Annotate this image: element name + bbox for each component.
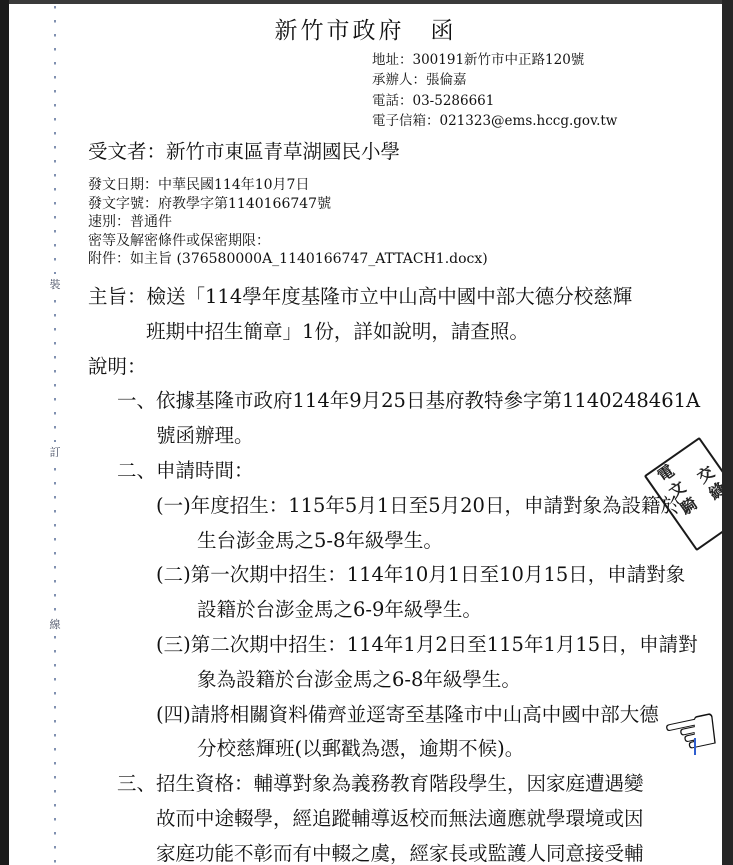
viewer-right-edge xyxy=(722,0,733,865)
document-body-line: 家庭功能不彰而有中輟之虞，經家長或監護人同意接受輔 xyxy=(0,837,733,865)
binding-mark-zhuang: 裝 xyxy=(48,274,62,294)
document-body-line: 故而中途輟學，經追蹤輔導返校而無法適應就學環境或因 xyxy=(0,802,733,837)
document-body-line: 三、招生資格：輔導對象為義務教育階段學生，因家庭遭遇變 xyxy=(0,767,733,802)
document-meta-line: 發文日期：中華民國114年10月7日 xyxy=(88,176,488,195)
document-body-line: (三)第二次期中招生：114年1月2日至115年1月15日，申請對 xyxy=(0,628,733,663)
binding-mark-xian: 線 xyxy=(48,614,62,634)
document-body-line: 說明： xyxy=(0,350,733,385)
binding-dotted-line xyxy=(54,6,56,865)
document-body-line: (二)第一次期中招生：114年10月1日至10月15日，申請對象 xyxy=(0,558,733,593)
sender-contact-block: 地址：300191新竹市中正路120號承辦人：張倫嘉電話：03-5286661電… xyxy=(372,50,617,132)
document-meta-block: 發文日期：中華民國114年10月7日發文字號：府教學字第1140166747號速… xyxy=(88,176,488,269)
document-body-line: 生台澎金馬之5-8年級學生。 xyxy=(0,524,733,559)
viewer-top-edge xyxy=(0,0,733,4)
document-body-line: 一、依據基隆市政府114年9月25日基府教特參字第1140248461A xyxy=(0,384,733,419)
document-meta-line: 密等及解密條件或保密期限： xyxy=(88,232,488,251)
recipient-line: 受文者：新竹市東區青草湖國民小學 xyxy=(88,136,400,164)
document-meta-line: 發文字號：府教學字第1140166747號 xyxy=(88,195,488,214)
sender-contact-line: 電話：03-5286661 xyxy=(372,91,617,111)
document-title: 新竹市政府 函 xyxy=(9,12,722,45)
document-body-line: 班期中招生簡章」1份，詳如說明，請查照。 xyxy=(0,315,733,350)
document-body-line: (四)請將相關資料備齊並逕寄至基隆市中山高中國中部大德 xyxy=(0,698,733,733)
document-body-line: 號函辦理。 xyxy=(0,419,733,454)
text-caret xyxy=(694,738,696,755)
binding-mark-ding: 訂 xyxy=(48,442,62,462)
document-body-line: 設籍於台澎金馬之6-9年級學生。 xyxy=(0,593,733,628)
sender-contact-line: 電子信箱：021323@ems.hccg.gov.tw xyxy=(372,111,617,131)
document-body: 主旨：檢送「114學年度基隆市立中山高中國中部大德分校慈輝班期中招生簡章」1份，… xyxy=(0,280,733,865)
document-meta-line: 附件：如主旨 (376580000A_1140166747_ATTACH1.do… xyxy=(88,250,488,269)
sender-contact-line: 承辦人：張倫嘉 xyxy=(372,70,617,90)
document-body-line: 象為設籍於台澎金馬之6-8年級學生。 xyxy=(0,663,733,698)
document-body-line: 分校慈輝班(以郵戳為憑，逾期不候)。 xyxy=(0,732,733,767)
document-body-line: 主旨：檢送「114學年度基隆市立中山高中國中部大德分校慈輝 xyxy=(0,280,733,315)
document-meta-line: 速別：普通件 xyxy=(88,213,488,232)
document-body-line: (一)年度招生：115年5月1日至5月20日，申請對象為設籍於 xyxy=(0,489,733,524)
document-body-line: 二、申請時間： xyxy=(0,454,733,489)
viewer-left-edge xyxy=(0,0,9,865)
sender-contact-line: 地址：300191新竹市中正路120號 xyxy=(372,50,617,70)
